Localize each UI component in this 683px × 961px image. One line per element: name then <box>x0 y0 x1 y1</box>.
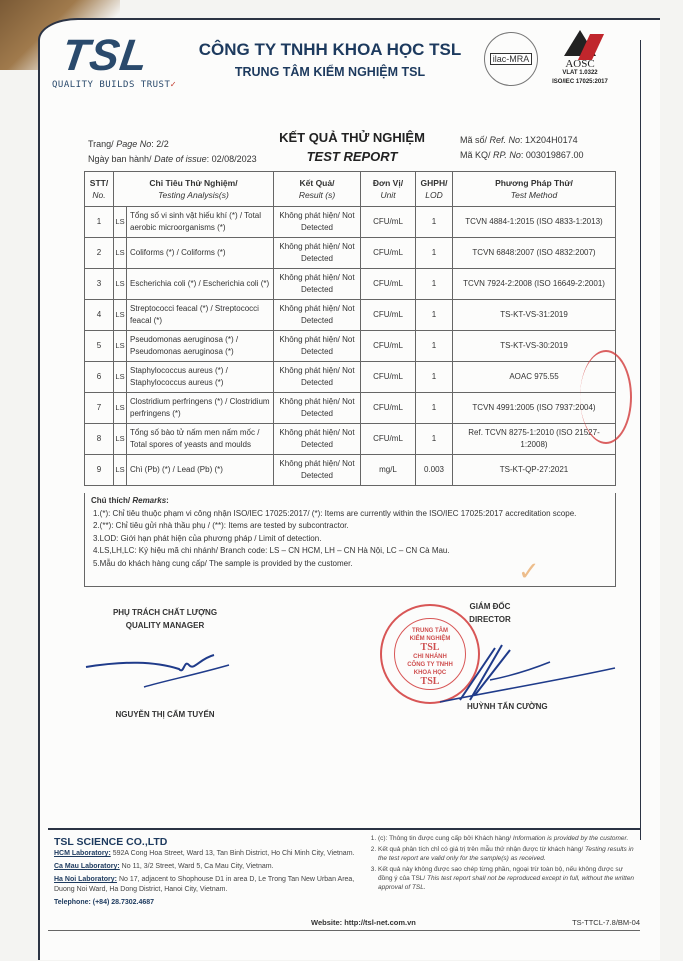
title-en: TEST REPORT <box>262 149 442 164</box>
remarks-heading: Chú thích/ Remarks: <box>91 495 609 508</box>
report-title: KẾT QUẢ THỬ NGHIỆM TEST REPORT <box>262 130 442 164</box>
table-row: 1LSTổng số vi sinh vật hiếu khí (*) / To… <box>85 207 616 238</box>
page-footer: TSL SCIENCE CO.,LTD HCM Laboratory: 592A… <box>48 828 640 931</box>
table-row: 6LSStaphylococcus aureus (*) / Staphyloc… <box>85 362 616 393</box>
row-number: 6 <box>85 362 114 393</box>
unit: CFU/mL <box>361 331 416 362</box>
branch-code: LS <box>114 269 127 300</box>
footer-notes: (c): Thông tin được cung cấp bởi Khách h… <box>368 834 636 894</box>
footer-note: Kết quả này không được sao chép từng phầ… <box>378 865 636 892</box>
test-method: TS-KT-VS-31:2019 <box>453 300 616 331</box>
report-meta-left: Trang/ Page No: 2/2 Ngày ban hành/ Date … <box>88 137 257 167</box>
testing-analysis: Clostridium perfringens (*) / Clostridiu… <box>127 393 274 424</box>
branch-code: LS <box>114 331 127 362</box>
result: Không phát hiện/ Not Detected <box>274 455 361 486</box>
page-border <box>640 40 641 840</box>
test-method: TCVN 4884-1:2015 (ISO 4833-1:2013) <box>453 207 616 238</box>
unit: CFU/mL <box>361 424 416 455</box>
form-code: TS-TTCL-7.8/BM-04 <box>572 918 640 927</box>
testing-analysis: Tổng số vi sinh vật hiếu khí (*) / Total… <box>127 207 274 238</box>
unit: CFU/mL <box>361 238 416 269</box>
qm-name: NGUYỄN THỊ CẨM TUYẾN <box>100 708 230 721</box>
results-table: STT/No. Chỉ Tiêu Thử Nghiệm/Testing Anal… <box>84 171 616 486</box>
checkmark-icon: ✓ <box>170 80 176 90</box>
branch-code: LS <box>114 238 127 269</box>
company-header: CÔNG TY TNHH KHOA HỌC TSL TRUNG TÂM KIỂM… <box>190 40 470 79</box>
center-name: TRUNG TÂM KIỂM NGHIỆM TSL <box>190 65 470 79</box>
camau-lab-address: Ca Mau Laboratory: No 11, 3/2 Street, Wa… <box>54 862 364 872</box>
lod: 1 <box>416 424 453 455</box>
result: Không phát hiện/ Not Detected <box>274 300 361 331</box>
table-row: 9LSChì (Pb) (*) / Lead (Pb) (*)Không phá… <box>85 455 616 486</box>
aosc-mark-icon <box>564 30 596 56</box>
unit: CFU/mL <box>361 393 416 424</box>
row-number: 7 <box>85 393 114 424</box>
lod: 0.003 <box>416 455 453 486</box>
table-row: 7LSClostridium perfringens (*) / Clostri… <box>85 393 616 424</box>
vlat-code: VLAT 1.0322 <box>545 70 615 76</box>
qm-title-vi: PHỤ TRÁCH CHẤT LƯỢNG <box>100 606 230 619</box>
row-number: 4 <box>85 300 114 331</box>
title-vi: KẾT QUẢ THỬ NGHIỆM <box>262 130 442 145</box>
logo-wordmark: TSL <box>59 34 185 78</box>
result: Không phát hiện/ Not Detected <box>274 331 361 362</box>
director-signature-block: GIÁM ĐỐC DIRECTOR HUỲNH TẤN CƯỜNG <box>455 600 575 626</box>
remark-item: 3.LOD: Giới hạn phát hiện của phương phá… <box>91 533 609 546</box>
branch-code: LS <box>114 455 127 486</box>
company-name: CÔNG TY TNHH KHOA HỌC TSL <box>190 40 470 60</box>
testing-analysis: Escherichia coli (*) / Escherichia coli … <box>127 269 274 300</box>
unit: CFU/mL <box>361 300 416 331</box>
footer-company-info: TSL SCIENCE CO.,LTD HCM Laboratory: 592A… <box>54 836 364 908</box>
col-analysis: Chỉ Tiêu Thử Nghiệm/Testing Analysis(s) <box>114 172 274 207</box>
result: Không phát hiện/ Not Detected <box>274 238 361 269</box>
lod: 1 <box>416 238 453 269</box>
lod: 1 <box>416 207 453 238</box>
ilac-label: ilac-MRA <box>490 53 533 65</box>
testing-analysis: Tổng số bào tử nấm men nấm mốc / Total s… <box>127 424 274 455</box>
row-number: 9 <box>85 455 114 486</box>
ilac-mra-logo-icon: ilac-MRA <box>484 32 538 86</box>
table-row: 4LSStreptococci feacal (*) / Streptococc… <box>85 300 616 331</box>
branch-code: LS <box>114 393 127 424</box>
table-header-row: STT/No. Chỉ Tiêu Thử Nghiệm/Testing Anal… <box>85 172 616 207</box>
unit: mg/L <box>361 455 416 486</box>
test-method: TS-KT-QP-27:2021 <box>453 455 616 486</box>
side-seal-stamp <box>580 350 632 444</box>
watermark-check-icon: ✓ <box>518 556 540 587</box>
ref-number: Mã số/ Ref. No: 1X204H0174 <box>460 133 583 148</box>
col-method: Phương Pháp Thử/Test Method <box>453 172 616 207</box>
table-row: 8LSTổng số bào tử nấm men nấm mốc / Tota… <box>85 424 616 455</box>
footer-telephone: Telephone: (+84) 28.7302.4687 <box>54 898 364 908</box>
result: Không phát hiện/ Not Detected <box>274 362 361 393</box>
rp-number: Mã KQ/ RP. No: 003019867.00 <box>460 148 583 163</box>
director-title-vi: GIÁM ĐỐC <box>455 600 525 613</box>
footer-website[interactable]: Website: http://tsl-net.com.vn <box>311 918 416 927</box>
testing-analysis: Coliforms (*) / Coliforms (*) <box>127 238 274 269</box>
table-row: 5LSPseudomonas aeruginosa (*) / Pseudomo… <box>85 331 616 362</box>
branch-code: LS <box>114 362 127 393</box>
result: Không phát hiện/ Not Detected <box>274 269 361 300</box>
qm-signature-icon <box>84 645 234 695</box>
footer-company-name: TSL SCIENCE CO.,LTD <box>54 836 364 849</box>
branch-code: LS <box>114 424 127 455</box>
table-row: 2LSColiforms (*) / Coliforms (*)Không ph… <box>85 238 616 269</box>
row-number: 2 <box>85 238 114 269</box>
report-meta-right: Mã số/ Ref. No: 1X204H0174 Mã KQ/ RP. No… <box>460 133 583 163</box>
lod: 1 <box>416 269 453 300</box>
page-number: Trang/ Page No: 2/2 <box>88 137 257 152</box>
iso-standard: ISO/IEC 17025:2017 <box>545 79 615 85</box>
testing-analysis: Chì (Pb) (*) / Lead (Pb) (*) <box>127 455 274 486</box>
unit: CFU/mL <box>361 269 416 300</box>
testing-analysis: Streptococci feacal (*) / Streptococci f… <box>127 300 274 331</box>
unit: CFU/mL <box>361 207 416 238</box>
hanoi-lab-address: Ha Noi Laboratory: No 17, adjacent to Sh… <box>54 875 364 895</box>
remark-item: 1.(*): Chỉ tiêu thuộc phạm vi công nhận … <box>91 508 609 521</box>
aosc-logo: AOSC VLAT 1.0322 ISO/IEC 17025:2017 <box>545 30 615 85</box>
director-signature-icon <box>420 640 620 710</box>
col-unit: Đơn Vị/Unit <box>361 172 416 207</box>
result: Không phát hiện/ Not Detected <box>274 207 361 238</box>
col-no: STT/No. <box>85 172 114 207</box>
remark-item: 2.(**): Chỉ tiêu gửi nhà thầu phụ / (**)… <box>91 520 609 533</box>
lod: 1 <box>416 300 453 331</box>
test-method: TCVN 6848:2007 (ISO 4832:2007) <box>453 238 616 269</box>
branch-code: LS <box>114 300 127 331</box>
lod: 1 <box>416 393 453 424</box>
result: Không phát hiện/ Not Detected <box>274 424 361 455</box>
lod: 1 <box>416 331 453 362</box>
director-title-en: DIRECTOR <box>455 613 525 626</box>
table-row: 3LSEscherichia coli (*) / Escherichia co… <box>85 269 616 300</box>
test-method: TCVN 7924-2:2008 (ISO 16649-2:2001) <box>453 269 616 300</box>
unit: CFU/mL <box>361 362 416 393</box>
row-number: 5 <box>85 331 114 362</box>
company-logo: TSL QUALITY BUILDS TRUST✓ <box>52 34 182 90</box>
tagline-text: QUALITY BUILDS TRUST <box>52 80 170 90</box>
branch-code: LS <box>114 207 127 238</box>
col-lod: GHPH/LOD <box>416 172 453 207</box>
qm-title-en: QUALITY MANAGER <box>100 619 230 632</box>
footer-note: Kết quả phân tích chỉ có giá trị trên mẫ… <box>378 845 636 863</box>
testing-analysis: Pseudomonas aeruginosa (*) / Pseudomonas… <box>127 331 274 362</box>
lod: 1 <box>416 362 453 393</box>
row-number: 3 <box>85 269 114 300</box>
testing-analysis: Staphylococcus aureus (*) / Staphylococc… <box>127 362 274 393</box>
footer-note: (c): Thông tin được cung cấp bởi Khách h… <box>378 834 636 843</box>
col-result: Kết Quả/Result (s) <box>274 172 361 207</box>
hcm-lab-address: HCM Laboratory: 592A Cong Hoa Street, Wa… <box>54 849 364 859</box>
issue-date: Ngày ban hành/ Date of issue: 02/08/2023 <box>88 152 257 167</box>
result: Không phát hiện/ Not Detected <box>274 393 361 424</box>
row-number: 8 <box>85 424 114 455</box>
logo-tagline: QUALITY BUILDS TRUST✓ <box>52 80 182 90</box>
row-number: 1 <box>85 207 114 238</box>
